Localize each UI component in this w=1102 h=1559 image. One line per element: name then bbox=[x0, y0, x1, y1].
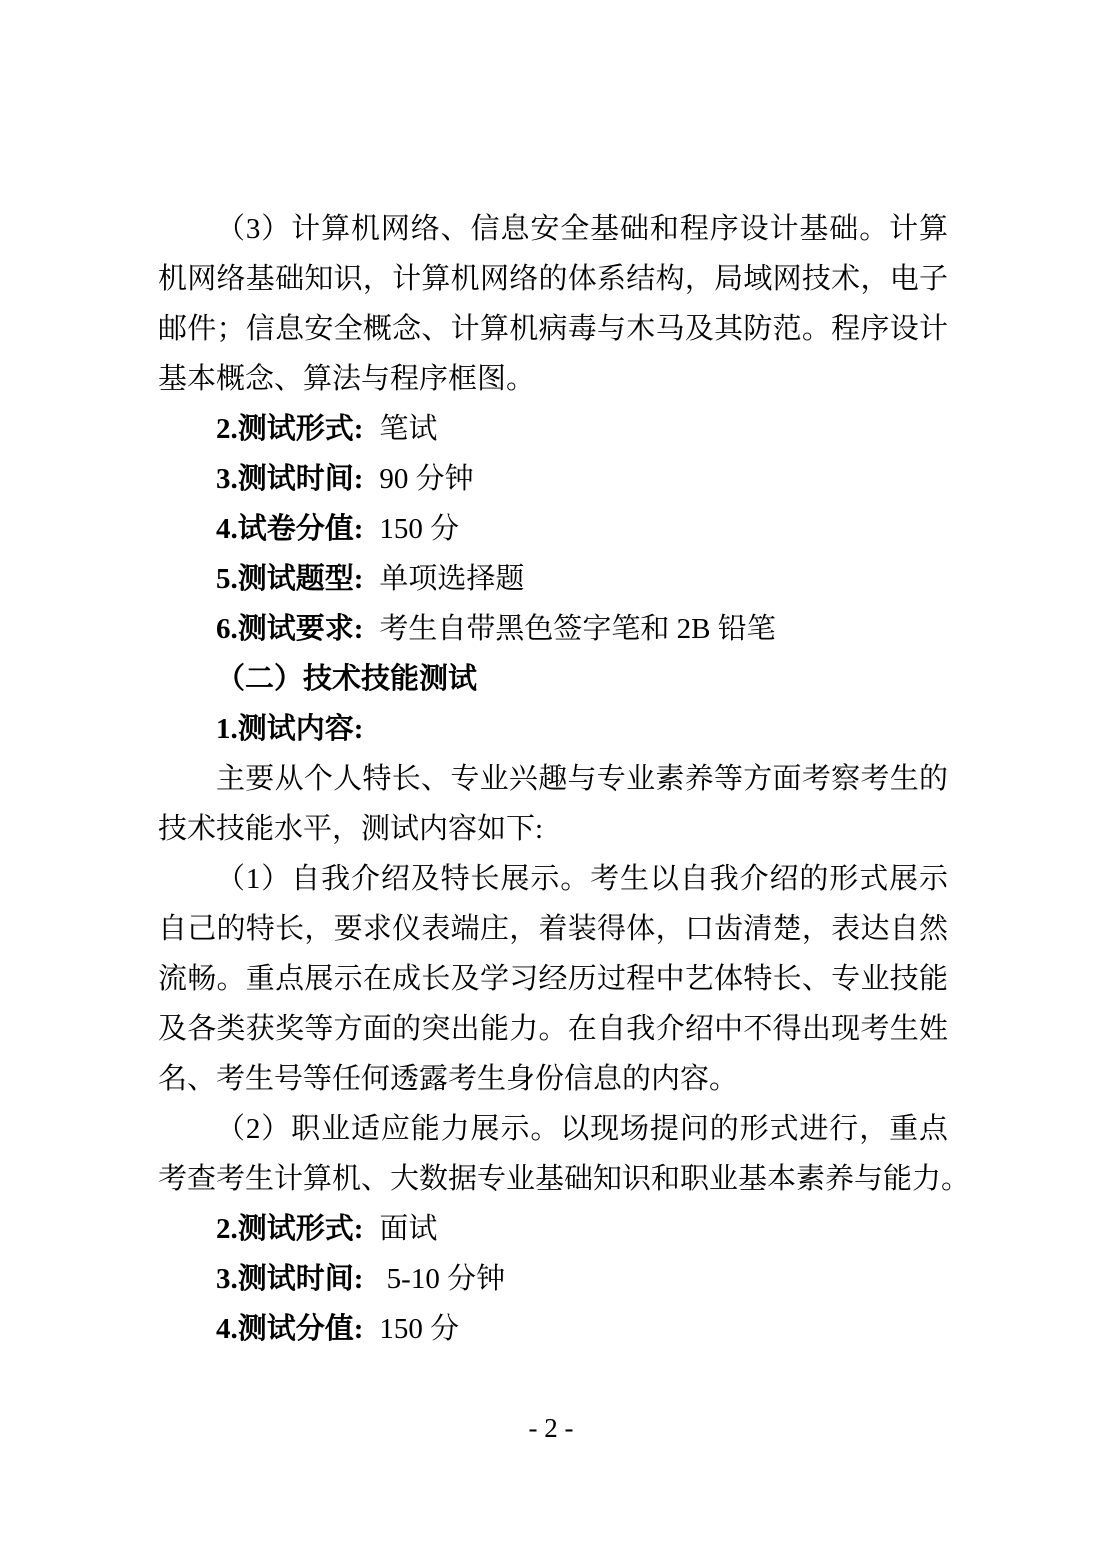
section-heading-skill-test: （二）技术技能测试 bbox=[158, 654, 948, 704]
item-value: 单项选择题 bbox=[379, 563, 524, 595]
item-value: 面试 bbox=[379, 1213, 437, 1245]
text-line: 邮件；信息安全概念、计算机病毒与木马及其防范。程序设计 bbox=[158, 304, 948, 354]
written-test-item-format: 2.测试形式:笔试 bbox=[158, 404, 948, 454]
document-page: （3）计算机网络、信息安全基础和程序设计基础。计算 机网络基础知识，计算机网络的… bbox=[0, 0, 1102, 1559]
item-label: 4.试卷分值: bbox=[216, 513, 363, 545]
written-test-item-question-type: 5.测试题型:单项选择题 bbox=[158, 554, 948, 604]
interview-item-score: 4.测试分值:150 分 bbox=[158, 1304, 948, 1354]
text-line: 主要从个人特长、专业兴趣与专业素养等方面考察考生的 bbox=[158, 754, 948, 804]
text-line: （2）职业适应能力展示。以现场提问的形式进行，重点 bbox=[158, 1104, 948, 1154]
item-label: 5.测试题型: bbox=[216, 563, 363, 595]
item-label: 3.测试时间: bbox=[216, 1263, 363, 1295]
item-value: 150 分 bbox=[379, 1313, 459, 1345]
heading-test-content: 1.测试内容: bbox=[158, 704, 948, 754]
written-test-item-requirements: 6.测试要求:考生自带黑色签字笔和 2B 铅笔 bbox=[158, 604, 948, 654]
item-label: 4.测试分值: bbox=[216, 1313, 363, 1345]
item-value: 150 分 bbox=[379, 513, 459, 545]
text-line: 名、考生号等任何透露考生身份信息的内容。 bbox=[158, 1054, 948, 1104]
text-line: （1）自我介绍及特长展示。考生以自我介绍的形式展示 bbox=[158, 854, 948, 904]
item-label: 2.测试形式: bbox=[216, 1213, 363, 1245]
paragraph-point2-career-aptitude: （2）职业适应能力展示。以现场提问的形式进行，重点 考查考生计算机、大数据专业基… bbox=[158, 1104, 948, 1204]
text-line: （3）计算机网络、信息安全基础和程序设计基础。计算 bbox=[158, 204, 948, 254]
text-line: 机网络基础知识，计算机网络的体系结构，局域网技术，电子 bbox=[158, 254, 948, 304]
text-line: 基本概念、算法与程序框图。 bbox=[158, 354, 948, 404]
item-label: 2.测试形式: bbox=[216, 413, 363, 445]
text-line: 流畅。重点展示在成长及学习经历过程中艺体特长、专业技能 bbox=[158, 954, 948, 1004]
item-value: 笔试 bbox=[379, 413, 437, 445]
interview-item-duration: 3.测试时间: 5-10 分钟 bbox=[158, 1254, 948, 1304]
text-line: 考查考生计算机、大数据专业基础知识和职业基本素养与能力。 bbox=[158, 1154, 948, 1204]
paragraph-point1-self-intro: （1）自我介绍及特长展示。考生以自我介绍的形式展示 自己的特长，要求仪表端庄，着… bbox=[158, 854, 948, 1104]
item-value: 90 分钟 bbox=[379, 463, 473, 495]
written-test-item-duration: 3.测试时间:90 分钟 bbox=[158, 454, 948, 504]
text-line: 自己的特长，要求仪表端庄，着装得体，口齿清楚，表达自然 bbox=[158, 904, 948, 954]
text-line: 及各类获奖等方面的突出能力。在自我介绍中不得出现考生姓 bbox=[158, 1004, 948, 1054]
paragraph-point3: （3）计算机网络、信息安全基础和程序设计基础。计算 机网络基础知识，计算机网络的… bbox=[158, 204, 948, 404]
interview-item-format: 2.测试形式:面试 bbox=[158, 1204, 948, 1254]
item-label: 6.测试要求: bbox=[216, 613, 363, 645]
paragraph-intro: 主要从个人特长、专业兴趣与专业素养等方面考察考生的 技术技能水平，测试内容如下: bbox=[158, 754, 948, 854]
page-number: - 2 - bbox=[0, 1408, 1102, 1448]
item-value: 5-10 分钟 bbox=[379, 1263, 505, 1295]
document-body: （3）计算机网络、信息安全基础和程序设计基础。计算 机网络基础知识，计算机网络的… bbox=[158, 204, 948, 1354]
item-value: 考生自带黑色签字笔和 2B 铅笔 bbox=[379, 613, 775, 645]
text-line: 技术技能水平，测试内容如下: bbox=[158, 804, 948, 854]
written-test-item-score: 4.试卷分值:150 分 bbox=[158, 504, 948, 554]
item-label: 3.测试时间: bbox=[216, 463, 363, 495]
